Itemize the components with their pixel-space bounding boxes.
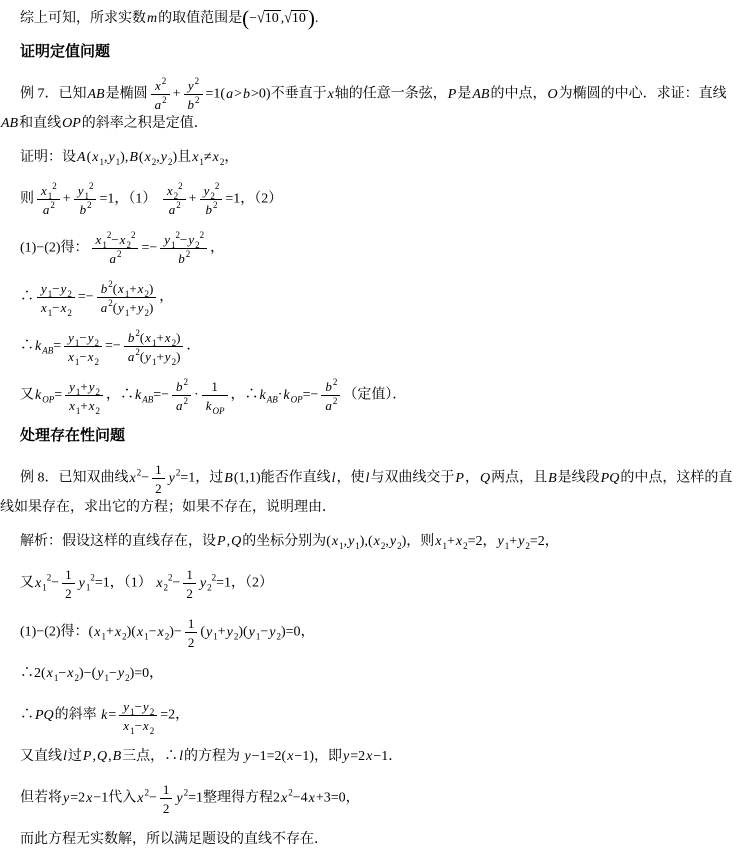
- math-token: ,: [156, 150, 160, 165]
- superscript: 2: [333, 377, 338, 387]
- slope-product-line: 又kOP=y1+y2x1+x2，∴kAB=−b2a2·1kOP，∴kAB·kOP…: [0, 377, 741, 414]
- text-run: ，: [483, 534, 497, 549]
- subtract-equations-2-line: (1)−(2)得：(x1+x2)(x1−x2)−12(y1+y2)(y1−y2)…: [0, 614, 741, 651]
- text-run: ，则: [406, 534, 434, 549]
- text-run: ，: [465, 471, 479, 486]
- math-token: +: [156, 330, 163, 345]
- math-token: )(: [238, 625, 247, 640]
- text-run: （定值）．: [343, 388, 406, 403]
- superscript: 2: [213, 200, 218, 210]
- text-run: 是椭圆: [106, 87, 148, 102]
- math-variable: y: [138, 300, 144, 315]
- math-variable: k: [101, 708, 107, 723]
- text-run: 与双曲线交于: [370, 471, 454, 486]
- fraction: b2(x1+x2)a2(y1+y2): [97, 279, 157, 316]
- text-run: ，: [545, 534, 559, 549]
- sqrt-radical: √10: [257, 8, 281, 30]
- math-variable: y: [269, 625, 275, 640]
- math-token: )=0: [281, 625, 301, 640]
- math-variable: x: [69, 398, 75, 413]
- math-token: =1: [99, 192, 114, 207]
- math-token: 1: [186, 567, 193, 582]
- math-variable: y: [227, 625, 233, 640]
- text-run: ，（1）: [114, 192, 160, 207]
- math-variable: Q: [231, 534, 241, 549]
- math-variable: k: [206, 398, 212, 413]
- fraction: y12b2: [74, 181, 97, 218]
- fraction: y1−y2x1−x2: [119, 697, 157, 734]
- sqrt-radical: √10: [284, 8, 308, 30]
- fraction: y1−y2x1−x2: [64, 328, 102, 365]
- math-variable: x: [96, 232, 102, 247]
- math-variable: x: [137, 625, 143, 640]
- fraction: x22a2: [163, 181, 186, 218]
- math-token: (: [140, 330, 144, 345]
- fraction: y2b2: [184, 76, 203, 113]
- text-run: 解析：假设这样的直线存在，设: [20, 534, 216, 549]
- math-variable: b: [128, 330, 135, 345]
- math-variable: y: [206, 625, 212, 640]
- example-8-statement: 例 8．已知双曲线x2−12y2=1，过B(1,1)能否作直线l，使l与双曲线交…: [0, 460, 741, 519]
- math-variable: y: [169, 471, 175, 486]
- math-variable: y: [41, 281, 47, 296]
- text-run: 是线段: [558, 471, 600, 486]
- math-variable: a: [110, 251, 117, 266]
- math-token: −1: [93, 791, 108, 806]
- math-variable: y: [164, 232, 170, 247]
- math-token: 10: [292, 11, 306, 26]
- math-token: 1: [163, 782, 170, 797]
- math-token: (: [200, 625, 205, 640]
- math-variable: y: [200, 576, 206, 591]
- math-token: +: [129, 300, 136, 315]
- math-variable: l: [366, 471, 370, 486]
- substitution-line: 但若将y=2x−1代入x2−12y2=1整理得方程2x2−4x+3=0，: [0, 780, 741, 817]
- math-token: +3=0: [316, 791, 346, 806]
- math-token: 2: [65, 586, 72, 601]
- math-token: 1: [65, 567, 72, 582]
- math-token: ∴: [20, 290, 34, 305]
- math-token: −: [260, 625, 268, 640]
- text-run: 而此方程无实数解，所以满足题设的直线不存在．: [20, 832, 328, 847]
- superscript: 2: [162, 76, 167, 86]
- math-token: −4: [293, 791, 308, 806]
- text-run: 的取值范围是: [158, 11, 242, 26]
- hyperbola-equations-line: 又x12−12y12=1，（1） x22−12y22=1，（2）: [0, 565, 741, 602]
- text-run: ，: [210, 241, 224, 256]
- math-variable: a: [325, 398, 332, 413]
- analysis-setup-line: 解析：假设这样的直线存在，设P,Q的坐标分别为(x1,y1),(x2,y2)，则…: [0, 531, 741, 553]
- pq-slope-line: ∴PQ的斜率 k=y1−y2x1−x2=2，: [0, 697, 741, 734]
- math-token: ·: [278, 388, 283, 403]
- subscript: 2: [67, 308, 72, 318]
- math-variable: y: [88, 330, 94, 345]
- math-token: ≠: [204, 150, 212, 165]
- math-variable: P: [448, 87, 457, 102]
- math-variable: x: [145, 150, 151, 165]
- math-variable: b: [176, 379, 183, 394]
- math-token: +: [156, 349, 163, 364]
- subscript: 2: [95, 357, 100, 367]
- fraction: x12a2: [37, 181, 60, 218]
- subscript: OP: [213, 406, 225, 416]
- math-token: 1: [155, 462, 162, 477]
- math-variable: x: [61, 300, 67, 315]
- document-page: 综上可知，所求实数m的取值范围是(−√10,√10).证明定值问题例 7．已知A…: [0, 0, 743, 867]
- math-token: +: [173, 87, 181, 102]
- subscript: 1: [102, 240, 107, 250]
- math-variable: a: [226, 87, 233, 102]
- subscript: AB: [142, 395, 153, 405]
- superscript: 2: [184, 377, 189, 387]
- math-token: ∴: [20, 708, 34, 723]
- text-run: 整理得方程: [203, 791, 273, 806]
- math-variable: y: [68, 330, 74, 345]
- text-run: ．: [388, 749, 402, 764]
- math-variable: x: [47, 666, 53, 681]
- math-token: +: [80, 379, 87, 394]
- superscript: 2: [178, 181, 183, 191]
- math-token: (: [326, 534, 331, 549]
- math-variable: k: [135, 388, 141, 403]
- math-token: ): [176, 330, 180, 345]
- subscript: 2: [207, 583, 212, 593]
- text-run: 得：: [61, 241, 89, 256]
- text-run: 代入: [108, 791, 136, 806]
- math-token: ,: [104, 150, 108, 165]
- line-equation-line: 又直线l过P,Q,B三点，∴l的方程为 y−1=2(x−1)，即y=2x−1．: [0, 746, 741, 768]
- fraction: y22b2: [200, 181, 223, 218]
- math-token: )=0: [130, 666, 150, 681]
- math-variable: l: [63, 749, 67, 764]
- math-token: +: [447, 534, 455, 549]
- math-variable: x: [115, 625, 121, 640]
- math-variable: l: [332, 471, 336, 486]
- text-run: ，过: [195, 471, 223, 486]
- math-variable: k: [35, 388, 41, 403]
- subscript: 1: [42, 583, 47, 593]
- math-token: ,: [92, 749, 96, 764]
- math-token: )−(: [79, 666, 96, 681]
- math-variable: x: [156, 576, 162, 591]
- math-token: ∴: [120, 388, 134, 403]
- fraction: 12: [152, 460, 165, 497]
- math-variable: P: [455, 471, 464, 486]
- heading-existence-problems: 处理存在性问题: [0, 426, 741, 446]
- text-run: ，: [159, 290, 173, 305]
- math-token: (1,1): [234, 471, 261, 486]
- text-run: 不垂直于: [271, 87, 327, 102]
- math-variable: b: [178, 251, 185, 266]
- math-token: =: [53, 339, 61, 354]
- math-variable: y: [348, 534, 354, 549]
- subscript: OP: [291, 395, 303, 405]
- text-run: 的方程为: [184, 749, 244, 764]
- text-run: ，: [224, 150, 238, 165]
- math-token: )(: [127, 625, 136, 640]
- math-token: (: [220, 87, 225, 102]
- math-token: (: [140, 349, 144, 364]
- math-token: −: [79, 330, 86, 345]
- text-run: ，: [149, 666, 163, 681]
- math-variable: x: [94, 625, 100, 640]
- math-token: =: [108, 708, 116, 723]
- conclusion-range-line: 综上可知，所求实数m的取值范围是(−√10,√10).: [0, 8, 741, 30]
- math-token: −: [58, 666, 66, 681]
- math-token: ∴: [164, 749, 178, 764]
- math-token: ,: [227, 534, 231, 549]
- math-token: ,: [385, 534, 389, 549]
- text-run: 又: [20, 388, 34, 403]
- math-token: −: [172, 576, 180, 591]
- math-token: =−: [141, 241, 157, 256]
- subscript: 2: [67, 289, 72, 299]
- math-variable: AB: [1, 116, 18, 131]
- math-variable: a: [101, 300, 108, 315]
- text-run: ，: [106, 388, 120, 403]
- text-run: ，: [231, 388, 245, 403]
- superscript: 2: [52, 181, 57, 191]
- math-token: ∴: [245, 388, 259, 403]
- math-variable: x: [123, 718, 129, 733]
- math-variable: x: [167, 183, 173, 198]
- text-run: 的中点，: [490, 87, 546, 102]
- subscript: 2: [96, 406, 101, 416]
- math-variable: a: [155, 97, 162, 112]
- math-token: =1: [188, 791, 203, 806]
- math-variable: x: [332, 534, 338, 549]
- fraction: 1kOP: [202, 377, 228, 414]
- math-variable: y: [498, 534, 504, 549]
- math-variable: b: [243, 87, 250, 102]
- math-token: +: [189, 192, 197, 207]
- math-token: −1=2(: [252, 749, 286, 764]
- superscript: 2: [186, 249, 191, 259]
- math-variable: x: [374, 534, 380, 549]
- math-variable: x: [281, 791, 287, 806]
- math-token: 1: [211, 379, 218, 394]
- math-variable: a: [169, 202, 176, 217]
- text-run: ，: [301, 625, 315, 640]
- math-token: (: [113, 281, 117, 296]
- math-variable: y: [118, 666, 124, 681]
- text-run: ，使: [337, 471, 365, 486]
- math-variable: y: [108, 150, 114, 165]
- superscript: 2: [195, 95, 200, 105]
- math-token: +: [129, 281, 136, 296]
- text-run: ，: [175, 708, 189, 723]
- math-variable: a: [176, 398, 183, 413]
- math-token: +: [509, 534, 517, 549]
- math-variable: b: [188, 97, 195, 112]
- math-variable: x: [328, 87, 334, 102]
- math-token: 2: [163, 801, 170, 816]
- fraction: 12: [183, 565, 196, 602]
- math-variable: x: [41, 300, 47, 315]
- math-variable: y: [188, 78, 194, 93]
- text-run: 能否作直线: [261, 471, 331, 486]
- ellipse-equations-line: 则x12a2+y12b2=1，（1） x22a2+y22b2=1，（2）: [0, 181, 741, 218]
- math-token: ∴: [20, 339, 34, 354]
- math-variable: PQ: [601, 471, 620, 486]
- math-variable: x: [213, 150, 219, 165]
- math-token: ): [149, 281, 153, 296]
- proof-setup-line: 证明：设A(x1,y1),B(x2,y2)且x1≠x2，: [0, 147, 741, 169]
- math-variable: x: [68, 349, 74, 364]
- math-token: ·: [194, 388, 199, 403]
- math-token: >0: [251, 87, 266, 102]
- math-token: >: [234, 87, 242, 102]
- text-run: 综上可知，所求实数: [20, 11, 146, 26]
- math-token: −1): [294, 749, 314, 764]
- math-variable: x: [130, 471, 136, 486]
- simplified-relation-line: ∴2(x1−x2)−(y1−y2)=0，: [0, 663, 741, 685]
- fraction: x2a2: [151, 76, 170, 113]
- math-variable: y: [97, 666, 103, 681]
- math-token: (1)−(2): [20, 241, 61, 256]
- math-token: −: [149, 625, 157, 640]
- math-token: ): [149, 300, 153, 315]
- text-run: 处理存在性问题: [20, 427, 125, 444]
- math-token: (: [113, 300, 117, 315]
- math-token: −: [135, 699, 142, 714]
- math-token: 2: [186, 586, 193, 601]
- math-variable: x: [92, 150, 98, 165]
- math-token: =2: [160, 708, 175, 723]
- math-variable: b: [325, 379, 332, 394]
- math-variable: y: [63, 791, 69, 806]
- math-variable: y: [204, 183, 210, 198]
- math-variable: y: [165, 349, 171, 364]
- text-run: 又: [20, 576, 34, 591]
- math-variable: y: [89, 379, 95, 394]
- text-run: 例 8．已知双曲线: [20, 471, 129, 486]
- math-variable: k: [35, 339, 41, 354]
- math-token: −: [79, 349, 86, 364]
- math-variable: x: [366, 749, 372, 764]
- math-variable: y: [518, 534, 524, 549]
- fraction: b2(x1+x2)a2(y1+y2): [124, 328, 184, 365]
- math-token: −: [51, 576, 59, 591]
- math-token: 1: [188, 616, 195, 631]
- math-token: −: [109, 666, 117, 681]
- math-variable: x: [88, 349, 94, 364]
- math-token: =1: [206, 87, 221, 102]
- superscript: 2: [89, 181, 94, 191]
- math-variable: l: [179, 749, 183, 764]
- math-token: 2: [273, 791, 280, 806]
- math-variable: O: [547, 87, 557, 102]
- math-variable: a: [43, 202, 50, 217]
- math-variable: y: [249, 625, 255, 640]
- math-variable: B: [129, 150, 138, 165]
- text-run: 例 7．已知: [20, 87, 87, 102]
- math-variable: x: [192, 150, 198, 165]
- math-variable: B: [224, 471, 233, 486]
- math-token: −: [149, 791, 157, 806]
- math-token: =1: [180, 471, 195, 486]
- math-variable: y: [69, 379, 75, 394]
- text-run: 和直线: [19, 116, 61, 131]
- superscript: 2: [131, 230, 136, 240]
- math-token: =2: [70, 791, 85, 806]
- math-token: −: [249, 11, 257, 26]
- superscript: 2: [117, 249, 122, 259]
- superscript: 2: [50, 200, 55, 210]
- text-run: ，（1）: [110, 576, 156, 591]
- math-token: =−: [303, 388, 319, 403]
- math-variable: x: [120, 232, 126, 247]
- math-variable: x: [35, 576, 41, 591]
- math-token: (1)−(2): [20, 625, 61, 640]
- text-run: 且: [177, 150, 191, 165]
- subscript: AB: [42, 346, 53, 356]
- text-run: 为椭圆的中心．求证：直线: [559, 87, 727, 102]
- subscript: 2: [126, 240, 131, 250]
- text-run: ，（2）: [231, 576, 273, 591]
- math-token: .: [315, 11, 319, 26]
- math-variable: x: [138, 281, 144, 296]
- math-variable: x: [145, 330, 151, 345]
- subscript: 2: [163, 583, 168, 593]
- superscript: 2: [162, 95, 167, 105]
- math-token: =1: [216, 576, 231, 591]
- math-token: −: [174, 625, 182, 640]
- heading-fixed-value-problems: 证明定值问题: [0, 42, 741, 62]
- math-variable: x: [89, 398, 95, 413]
- math-variable: x: [309, 791, 315, 806]
- math-token: =2: [468, 534, 483, 549]
- math-variable: y: [390, 534, 396, 549]
- math-variable: x: [41, 183, 47, 198]
- final-conclusion-line: 而此方程无实数解，所以满足题设的直线不存在．: [0, 829, 741, 851]
- math-token: +: [218, 625, 226, 640]
- math-variable: y: [245, 749, 251, 764]
- math-variable: y: [343, 749, 349, 764]
- math-variable: x: [287, 749, 293, 764]
- subscript: 2: [96, 387, 101, 397]
- math-variable: y: [118, 300, 124, 315]
- text-run: 则: [20, 192, 34, 207]
- math-variable: b: [101, 281, 108, 296]
- math-variable: x: [435, 534, 441, 549]
- math-token: =: [54, 388, 62, 403]
- subscript: 2: [95, 338, 100, 348]
- fraction: 12: [160, 780, 173, 817]
- math-token: =2: [530, 534, 545, 549]
- math-token: (: [139, 150, 144, 165]
- math-variable: b: [80, 202, 87, 217]
- math-variable: m: [147, 11, 157, 26]
- math-token: −: [52, 300, 59, 315]
- math-variable: x: [137, 791, 143, 806]
- math-variable: y: [78, 183, 84, 198]
- text-run: ，（2）: [240, 192, 282, 207]
- math-variable: y: [79, 576, 85, 591]
- math-variable: AB: [88, 87, 105, 102]
- math-variable: x: [143, 718, 149, 733]
- math-variable: AB: [472, 87, 489, 102]
- text-run: 两点，且: [491, 471, 547, 486]
- math-token: (: [89, 625, 94, 640]
- subscript: 1: [171, 240, 176, 250]
- math-variable: x: [118, 281, 124, 296]
- math-variable: y: [188, 232, 194, 247]
- subscript: OP: [42, 395, 54, 405]
- math-variable: Q: [480, 471, 490, 486]
- text-run: 证明：设: [20, 150, 76, 165]
- math-token: −: [180, 232, 187, 247]
